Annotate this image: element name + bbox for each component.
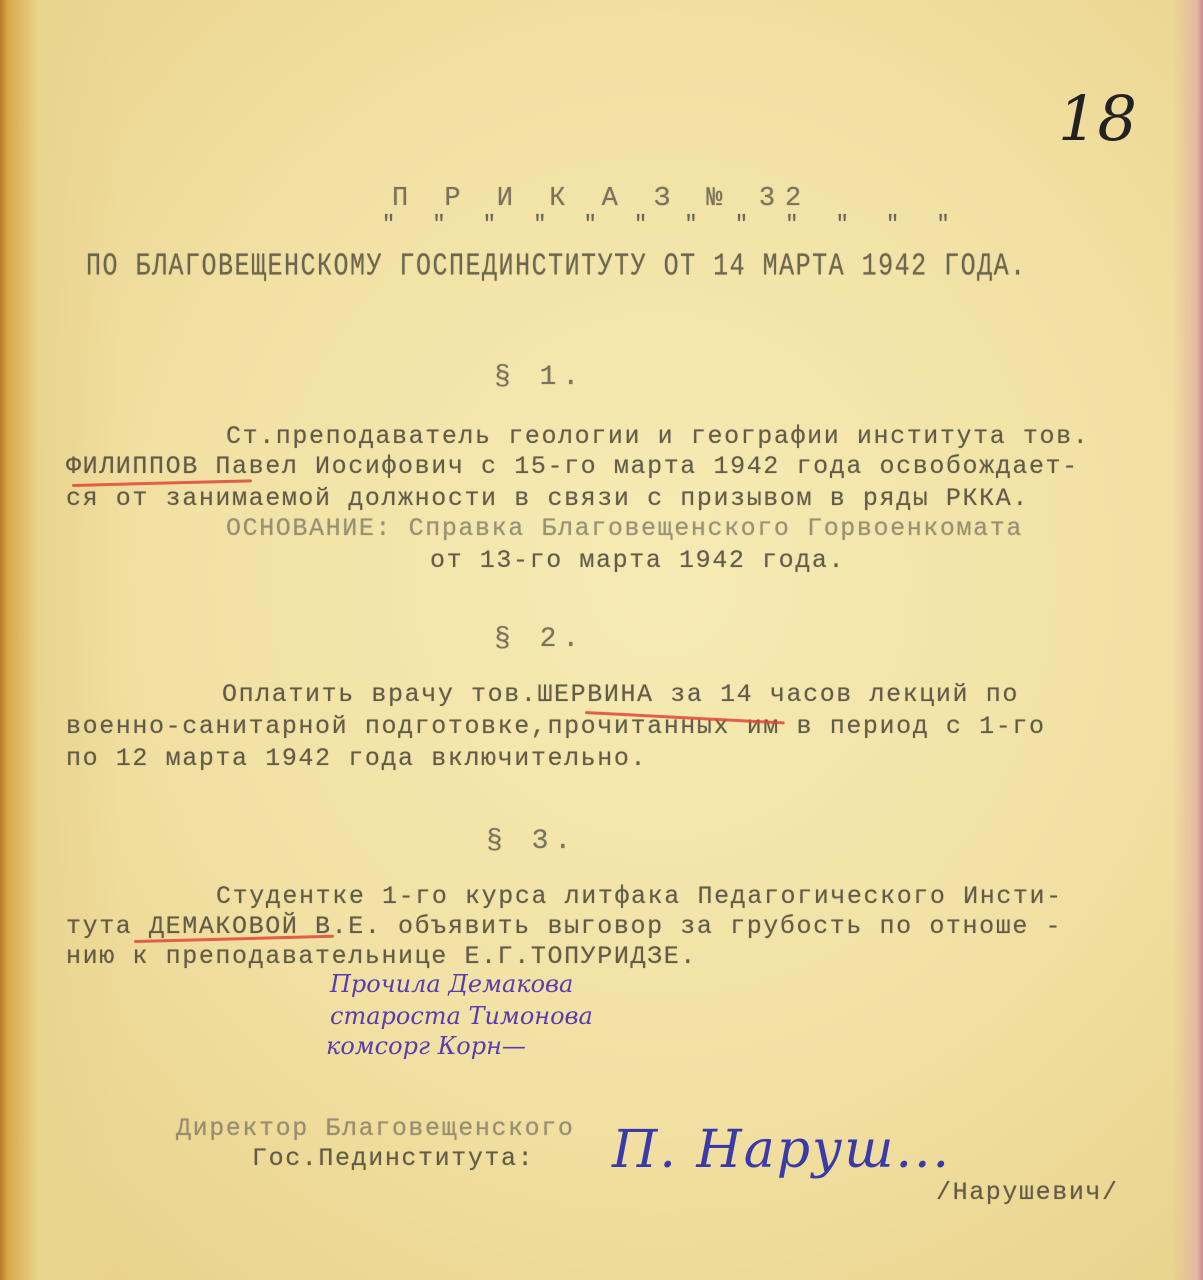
handwritten-note-1: Прочила Демакова	[330, 970, 573, 998]
section-3-heading: § 3.	[486, 826, 577, 857]
handwritten-note-2: староста Тимонова	[330, 1002, 593, 1030]
section-1-basis: ОСНОВАНИЕ: Справка Благовещенского Горво…	[226, 514, 1023, 543]
section-2-line-2: военно-санитарной подготовке,прочитанных…	[66, 712, 1046, 741]
section-1-basis-date: от 13-го марта 1942 года.	[430, 546, 845, 575]
director-title-line-1: Директор Благовещенского	[176, 1114, 574, 1143]
director-signature: П. Наруш...	[612, 1120, 951, 1180]
section-2-line-1: Оплатить врачу тов.ШЕРВИНА за 14 часов л…	[222, 680, 1019, 709]
section-1-line-2: ФИЛИППОВ Павел Иосифович с 15-го марта 1…	[66, 452, 1079, 481]
director-name: /Нарушевич/	[936, 1178, 1119, 1207]
section-3-line-3: нию к преподавательнице Е.Г.ТОПУРИДЗЕ.	[66, 942, 697, 971]
ditto-marks: " " " " " " " " " " " "	[382, 212, 962, 237]
section-3-line-2: тута ДЕМАКОВОЙ В.Е. объявить выговор за …	[66, 912, 1062, 941]
director-title-line-2: Гос.Пединститута:	[252, 1144, 534, 1173]
section-2-line-3: по 12 марта 1942 года включительно.	[66, 744, 647, 773]
handwritten-note-3: комсорг Корн—	[326, 1032, 526, 1060]
order-title: П Р И К А З № 32	[392, 184, 811, 214]
folio-number: 18	[1058, 82, 1137, 155]
section-1-line-3: ся от занимаемой должности в связи с при…	[66, 484, 1029, 513]
section-1-line-1: Ст.преподаватель геологии и географии ин…	[226, 422, 1089, 451]
section-1-heading: § 1.	[494, 362, 585, 393]
section-2-heading: § 2.	[494, 624, 585, 655]
document-page: 18 П Р И К А З № 32 " " " " " " " " " " …	[0, 0, 1203, 1280]
order-subtitle: ПО БЛАГОВЕЩЕНСКОМУ ГОСПЕДИНСТИТУТУ ОТ 14…	[86, 248, 1027, 284]
section-3-line-1: Студентке 1-го курса литфака Педагогичес…	[216, 882, 1063, 911]
